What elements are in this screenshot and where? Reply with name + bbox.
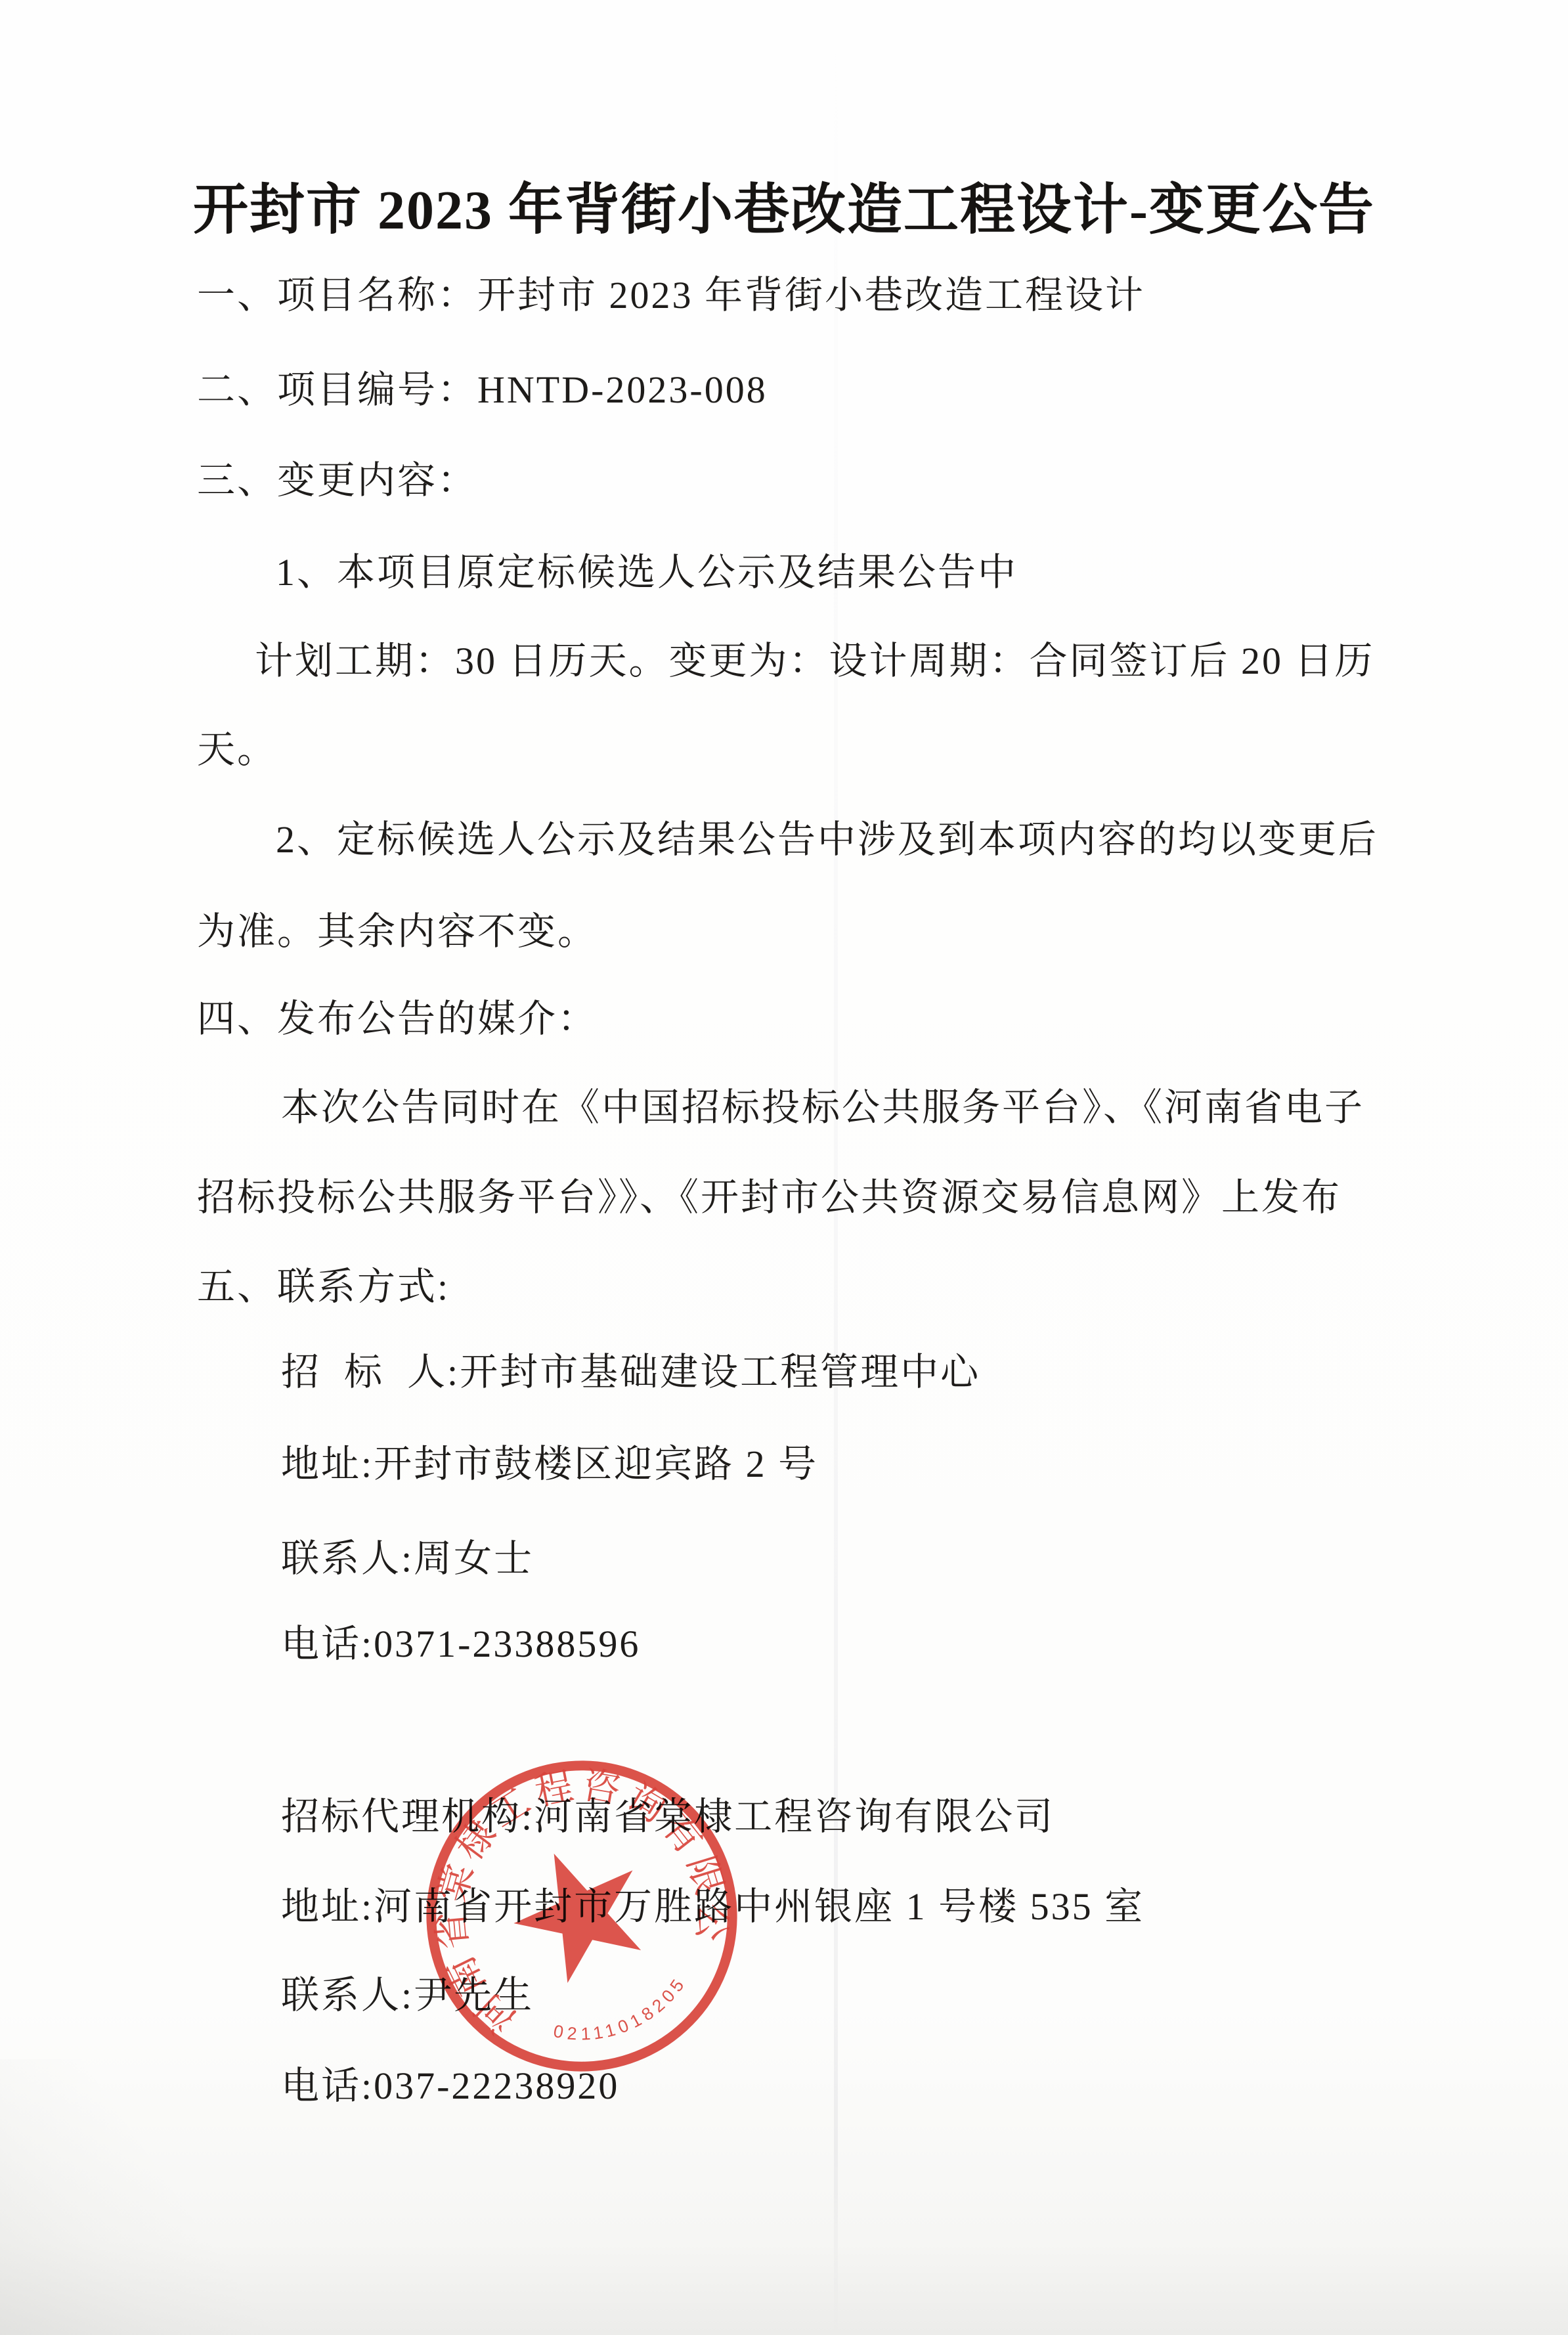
line-project-number: 二、项目编号：HNTD-2023-008 (197, 366, 768, 414)
line-project-name: 一、项目名称：开封市 2023 年背街小巷改造工程设计 (197, 271, 1145, 320)
seal-serial-number: 02111018205 (545, 1965, 699, 2064)
line-tenderer-address: 地址:开封市鼓楼区迎宾路 2 号 (281, 1440, 818, 1489)
line-agency-name: 招标代理机构:河南省棠棣工程咨询有限公司 (281, 1793, 1055, 1841)
line-media-platforms-2: 招标投标公共服务平台》》、《开封市公共资源交易信息网》上发布 (197, 1173, 1341, 1222)
line-change-item-1: 1、本项目原定标候选人公示及结果公告中 (276, 548, 1018, 597)
scan-corner-shadow (0, 2059, 276, 2335)
page-title: 开封市 2023 年背街小巷改造工程设计-变更公告 (0, 165, 1568, 245)
scan-artifact-streak (834, 0, 838, 2335)
line-tenderer-phone: 电话:0371-23388596 (281, 1620, 640, 1669)
line-change-content-heading: 三、变更内容： (197, 456, 477, 505)
line-tenderer-contact: 联系人:周女士 (281, 1535, 534, 1583)
svg-text:02111018205: 02111018205 (545, 1965, 699, 2064)
line-media-platforms-1: 本次公告同时在《中国招标投标公共服务平台》、《河南省电子 (281, 1083, 1364, 1132)
line-change-detail-1: 计划工期：30 日历天。变更为：设计周期：合同签订后 20 日历 (255, 637, 1375, 686)
line-change-item-2: 2、定标候选人公示及结果公告中涉及到本项内容的均以变更后 (276, 816, 1378, 864)
line-agency-contact: 联系人:尹先生 (281, 1971, 534, 2020)
line-tenderer-name: 招 标 人:开封市基础建设工程管理中心 (281, 1348, 980, 1397)
line-media-heading: 四、发布公告的媒介： (197, 995, 598, 1043)
line-change-item-2-cont: 为准。其余内容不变。 (197, 907, 598, 956)
scanned-document-page: 开封市 2023 年背街小巷改造工程设计-变更公告 一、项目名称：开封市 202… (0, 0, 1568, 2335)
line-agency-phone: 电话:037-22238920 (281, 2062, 619, 2110)
line-change-detail-2: 天。 (197, 726, 277, 774)
line-agency-address: 地址:河南省开封市万胜路中州银座 1 号楼 535 室 (281, 1883, 1144, 1931)
line-contact-heading: 五、联系方式: (197, 1263, 450, 1311)
